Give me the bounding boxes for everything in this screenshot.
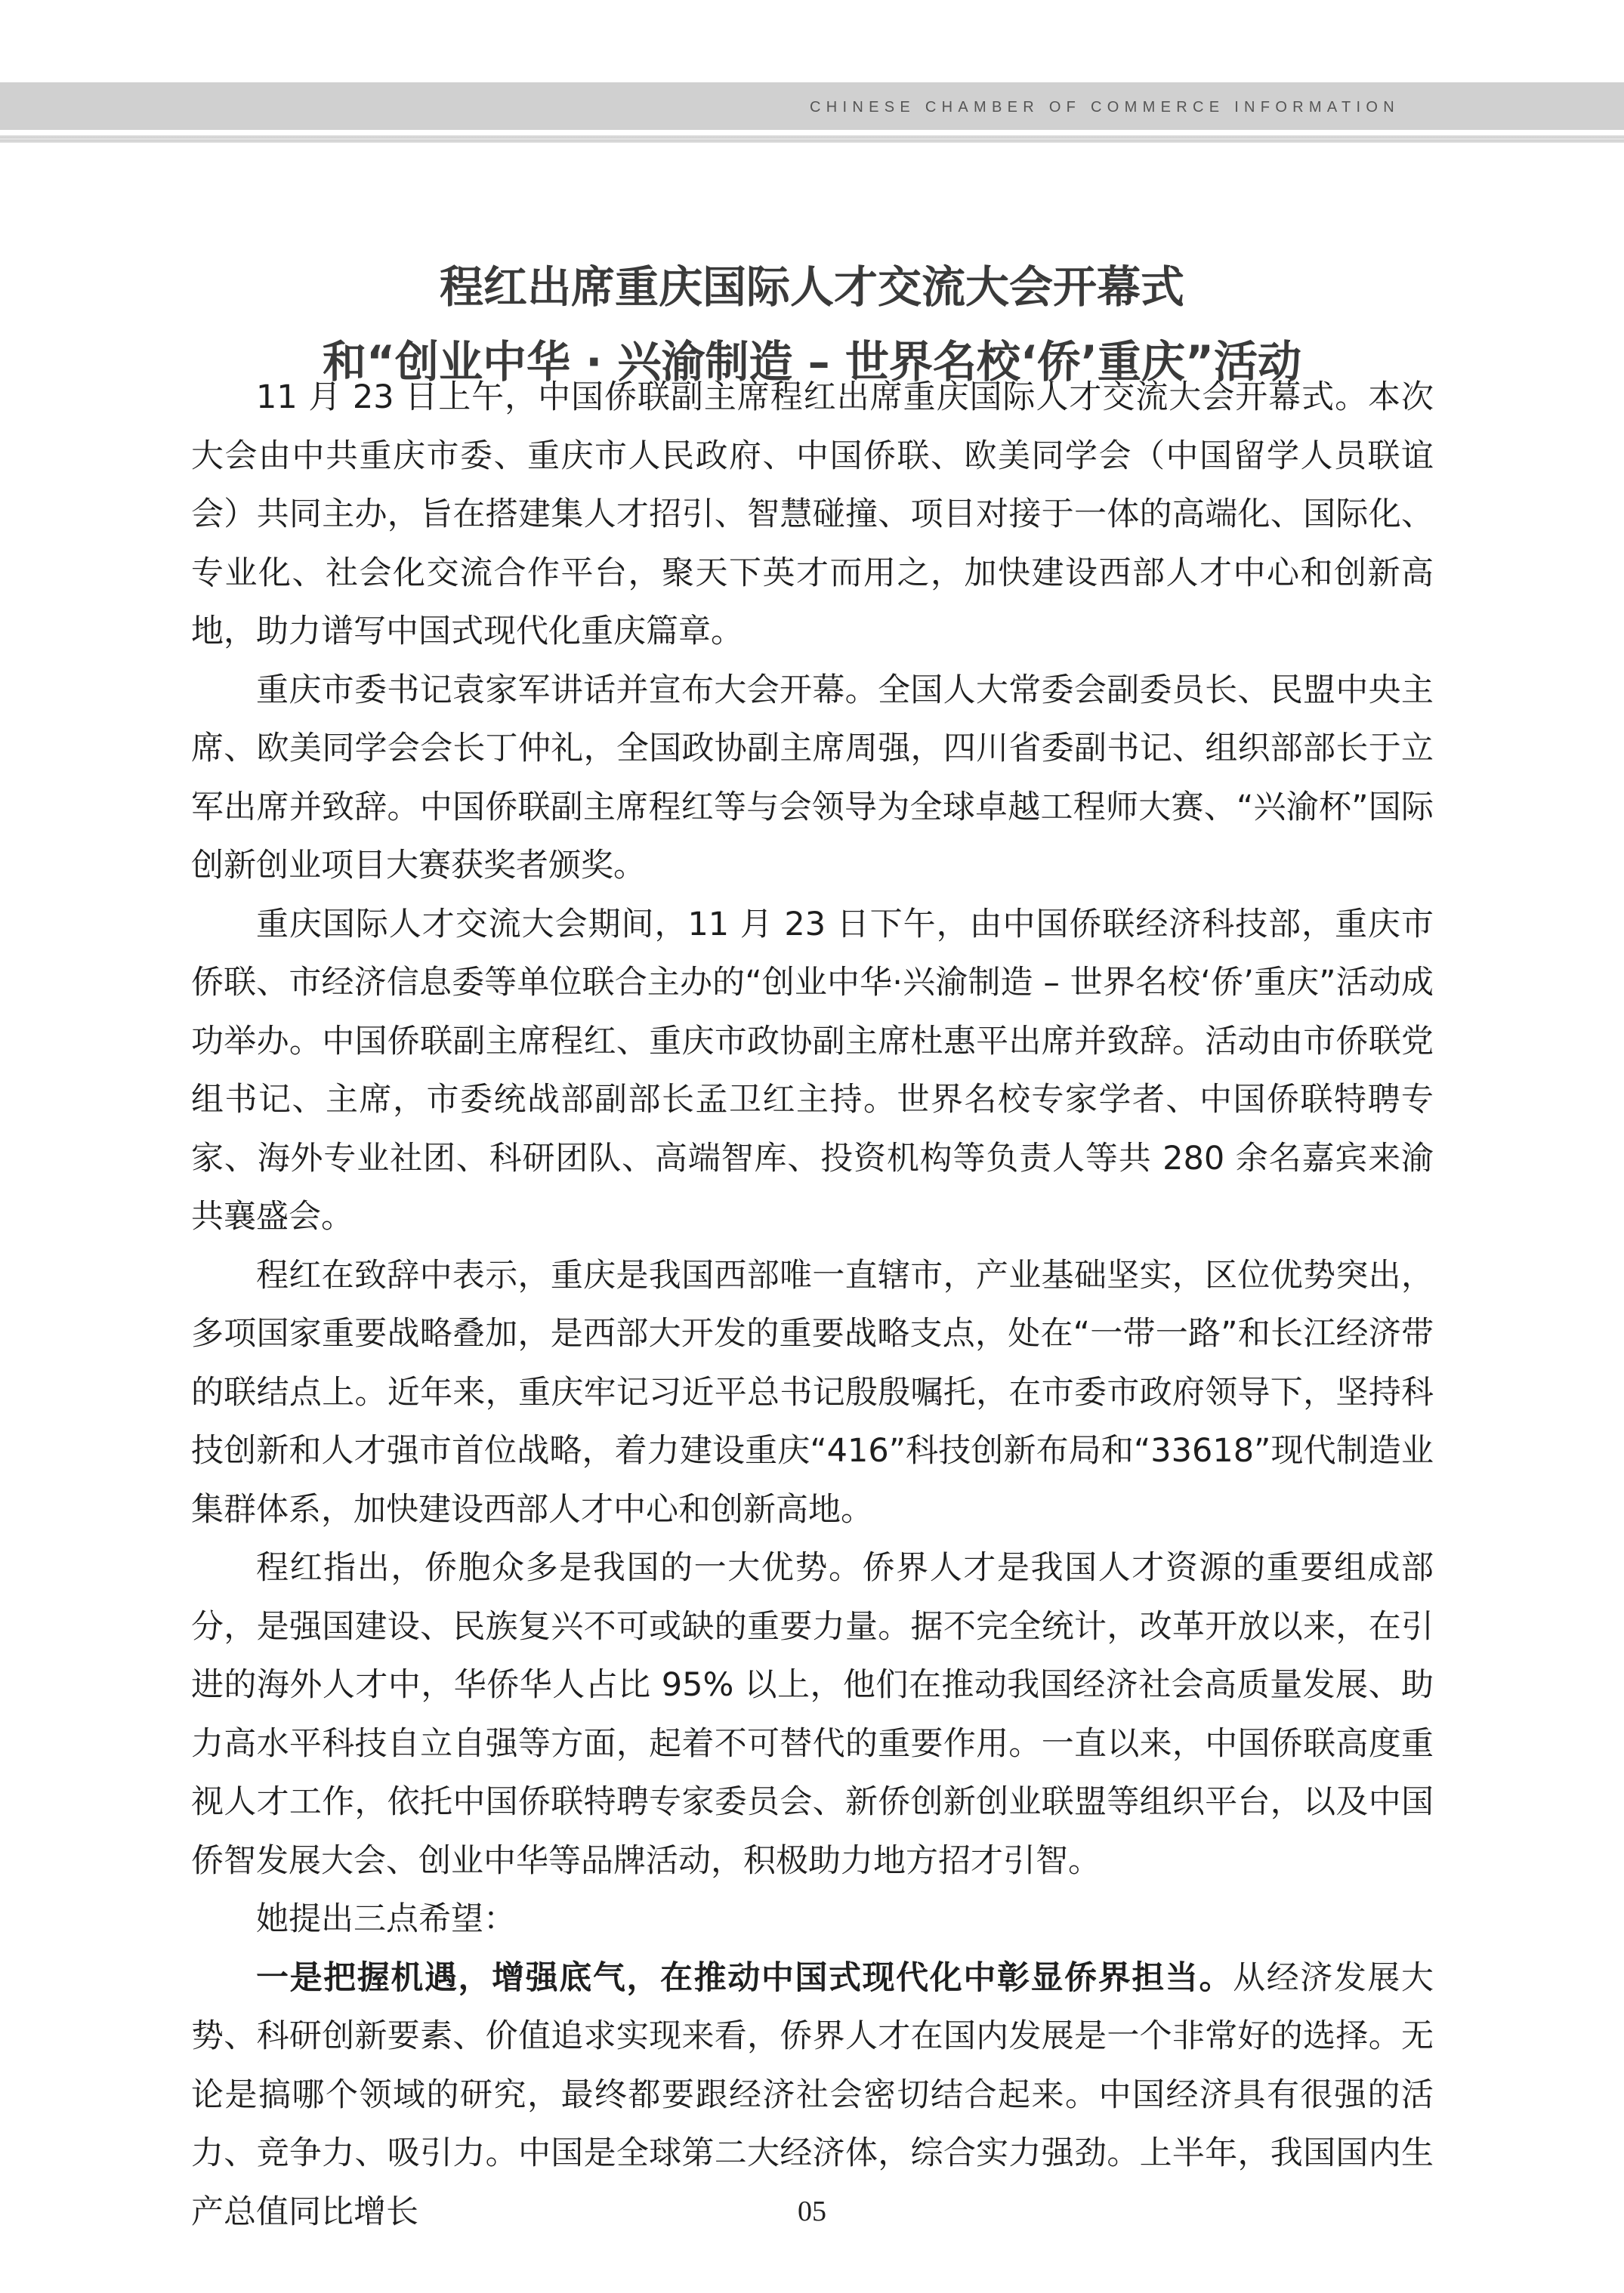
- header-divider: [0, 135, 1624, 143]
- paragraph: 11 月 23 日上午，中国侨联副主席程红出席重庆国际人才交流大会开幕式。本次大…: [191, 369, 1434, 662]
- paragraph: 程红指出，侨胞众多是我国的一大优势。侨界人才是我国人才资源的重要组成部分，是强国…: [191, 1539, 1434, 1890]
- publication-name: CHINESE CHAMBER OF COMMERCE INFORMATION: [810, 94, 1400, 121]
- paragraph: 程红在致辞中表示，重庆是我国西部唯一直辖市，产业基础坚实，区位优势突出，多项国家…: [191, 1247, 1434, 1540]
- paragraph-text: 从经济发展大势、科研创新要素、价值追求实现来看，侨界人才在国内发展是一个非常好的…: [191, 1959, 1434, 2231]
- paragraph-lead-bold: 一是把握机遇，增强底气，在推动中国式现代化中彰显侨界担当。: [256, 1959, 1233, 1997]
- paragraph: 重庆市委书记袁家军讲话并宣布大会开幕。全国人大常委会副委员长、民盟中央主席、欧美…: [191, 662, 1434, 896]
- article-body: 11 月 23 日上午，中国侨联副主席程红出席重庆国际人才交流大会开幕式。本次大…: [191, 369, 1434, 2242]
- article-title-line1: 程红出席重庆国际人才交流大会开幕式: [0, 261, 1624, 313]
- page-number: 05: [0, 2195, 1624, 2228]
- paragraph: 重庆国际人才交流大会期间，11 月 23 日下午，由中国侨联经济科技部，重庆市侨…: [191, 896, 1434, 1247]
- paragraph: 她提出三点希望：: [191, 1890, 1434, 1949]
